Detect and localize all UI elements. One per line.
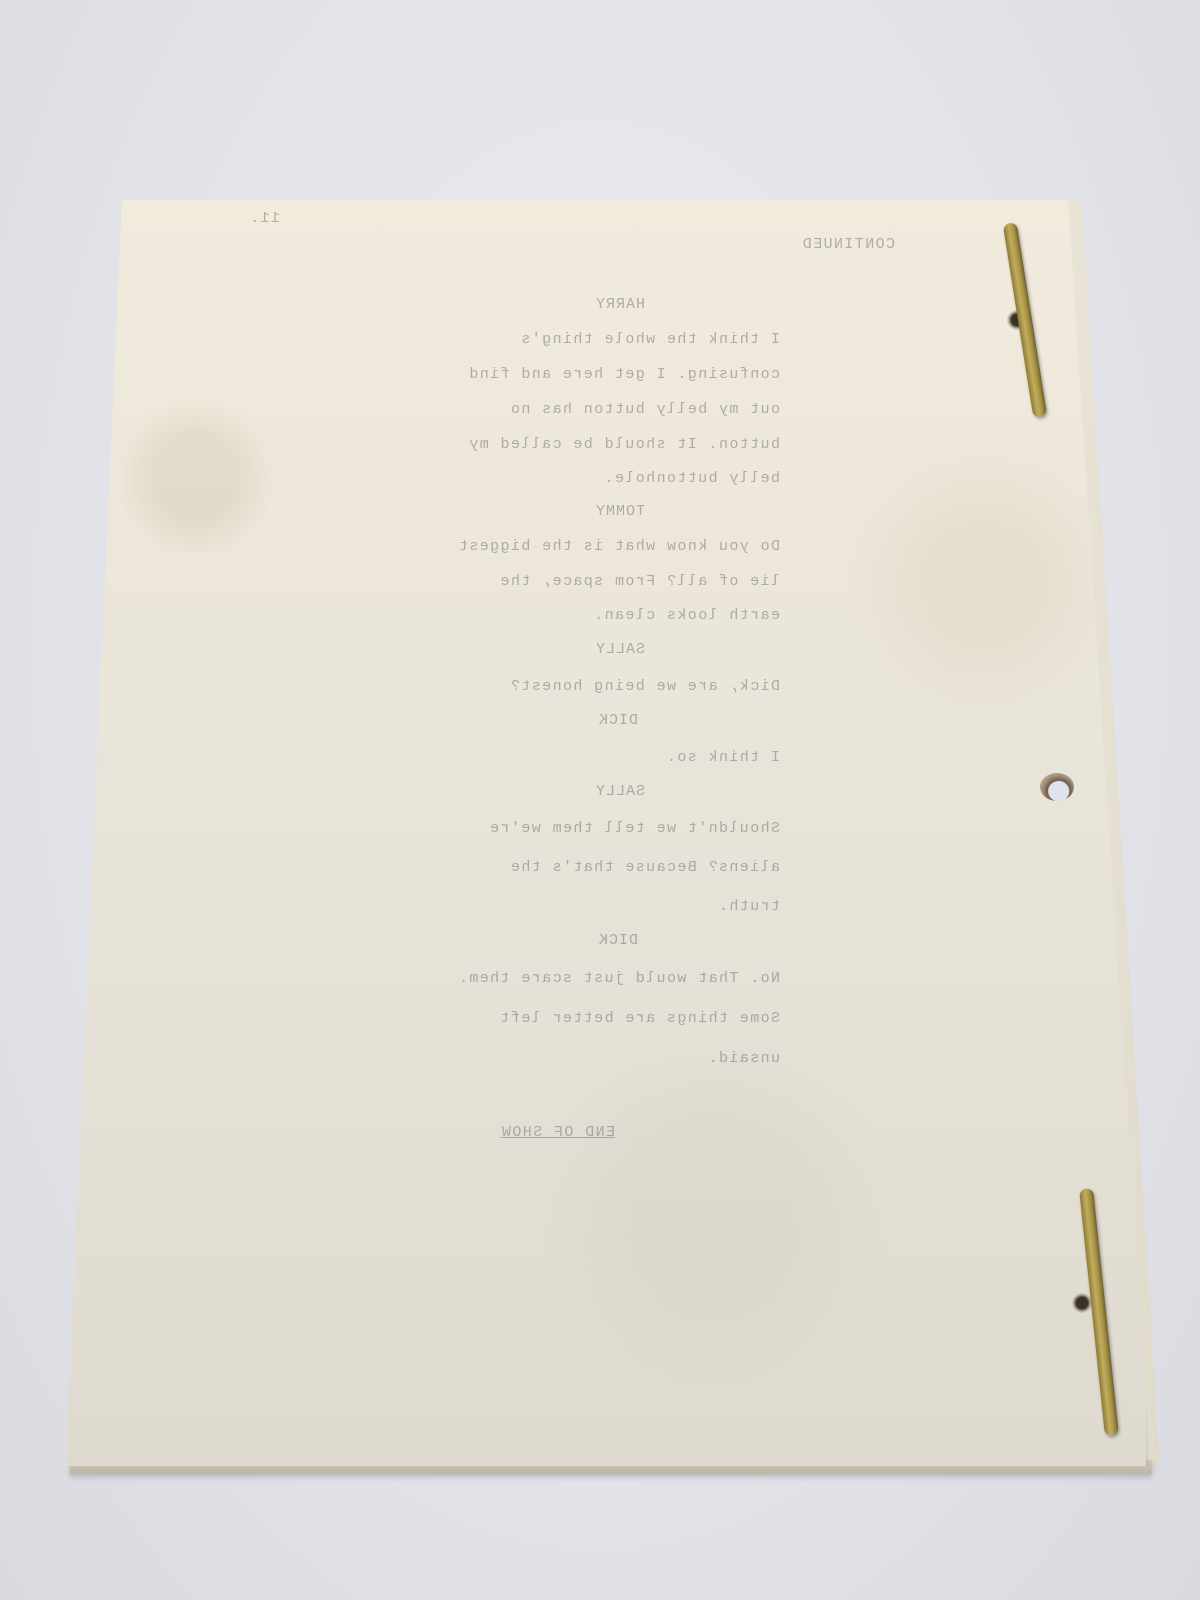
punch-hole-bottom (1072, 1293, 1092, 1313)
script-page (66, 200, 1146, 1466)
punch-hole-middle (1040, 773, 1074, 801)
photo-scene: 11. CONTINUED HARRY I think the whole th… (0, 0, 1200, 1600)
